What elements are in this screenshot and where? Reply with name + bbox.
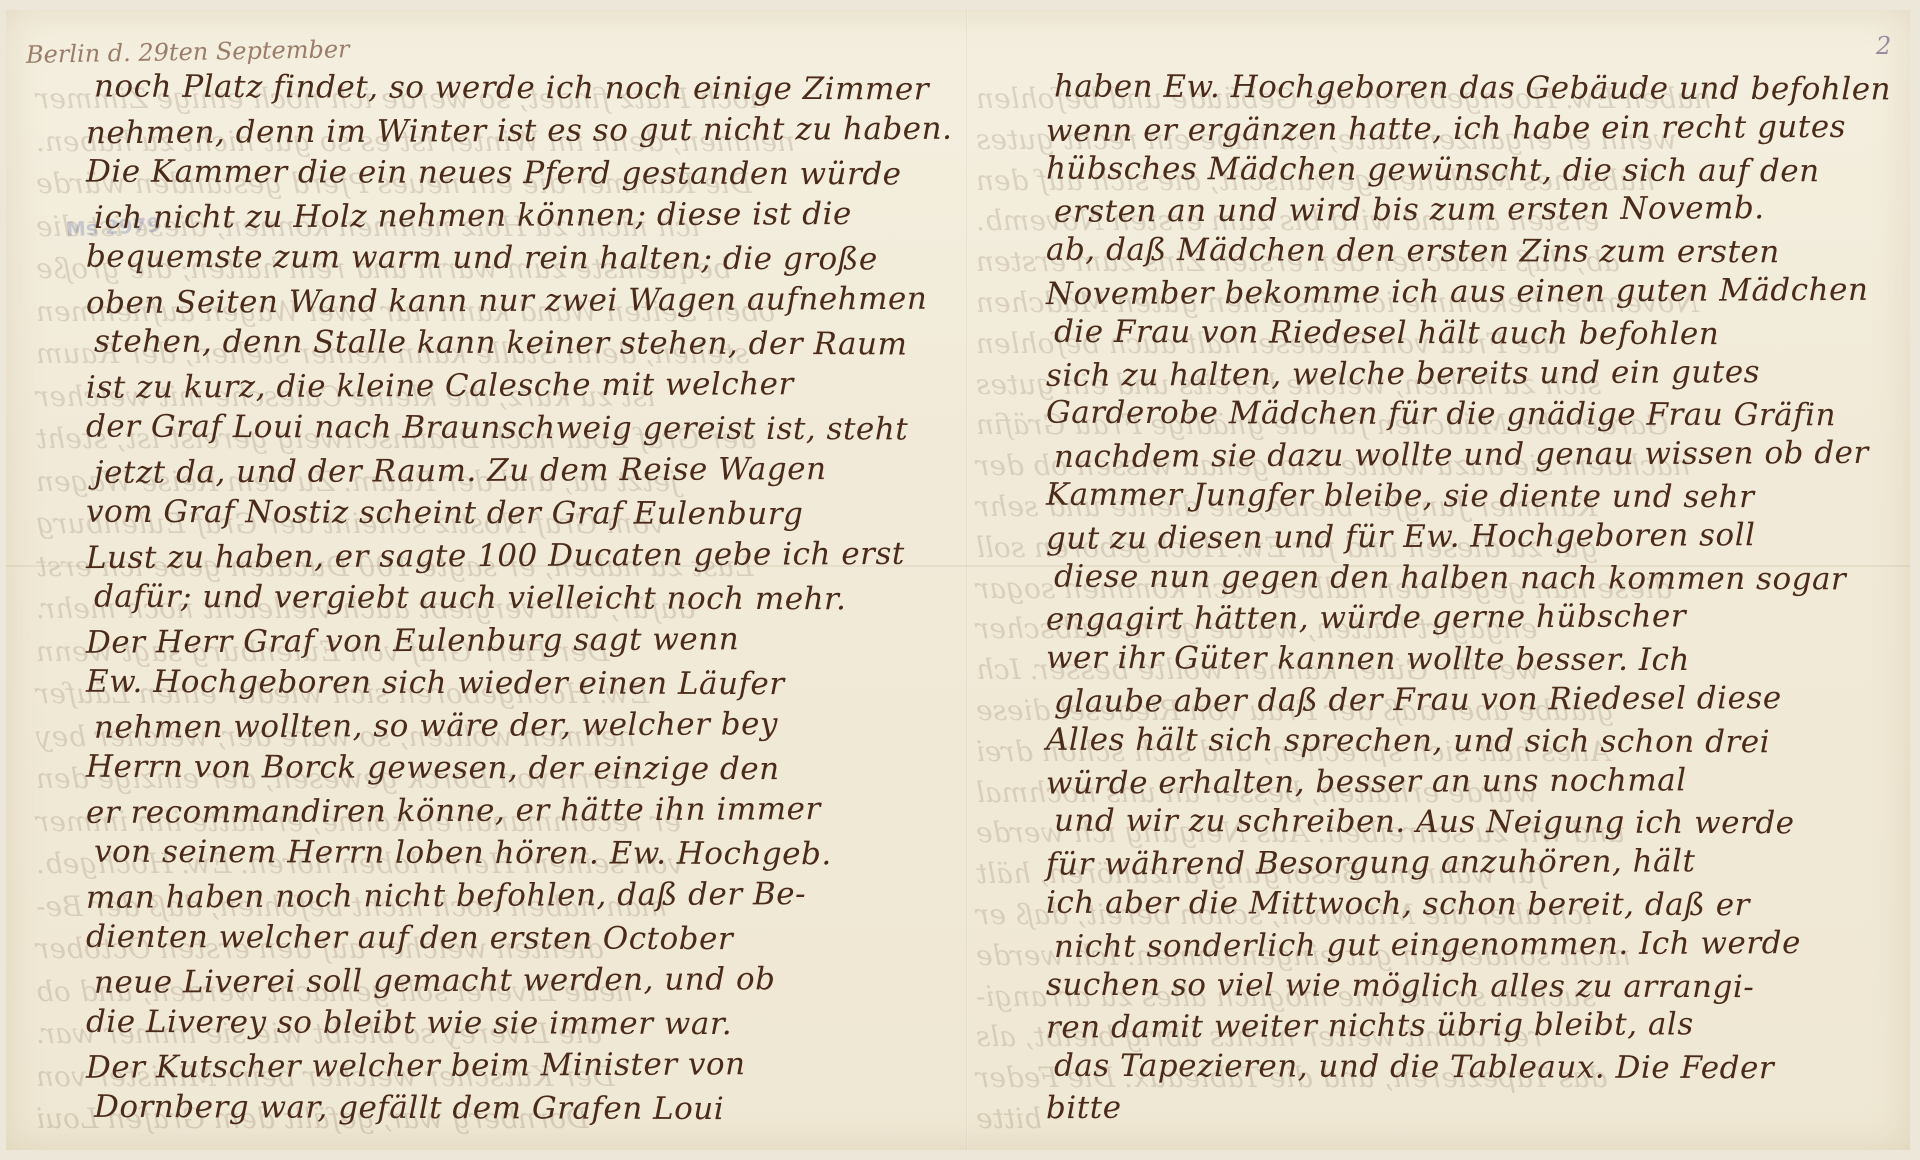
handwritten-line: das Tapezieren, und die Tableaux. Die Fe… <box>1054 1046 1774 1089</box>
handwritten-line: er recommandiren könne, er hätte ihn imm… <box>86 789 821 833</box>
handwritten-line: wenn er ergänzen hatte, ich habe ein rec… <box>1046 107 1846 151</box>
handwritten-line: Kammer Jungfer bleibe, sie diente und se… <box>1046 475 1755 517</box>
handwritten-line: der Graf Loui nach Braunschweig gereist … <box>86 407 908 450</box>
handwritten-line: vom Graf Nostiz scheint der Graf Eulenbu… <box>86 492 804 535</box>
vertical-fold-line <box>966 10 968 1150</box>
handwritten-line: die Liverey so bleibt wie sie immer war. <box>86 1002 732 1044</box>
handwritten-line: stehen, denn Stalle kann keiner stehen, … <box>94 322 908 365</box>
handwritten-line: Alles hält sich sprechen, und sich schon… <box>1046 720 1770 763</box>
handwritten-line: Lust zu haben, er sagte 100 Ducaten gebe… <box>86 533 905 577</box>
handwritten-line: ab, daß Mädchen den ersten Zins zum erst… <box>1046 230 1780 273</box>
handwritten-line: Garderobe Mädchen für die gnädige Frau G… <box>1046 393 1836 436</box>
handwritten-line: suchen so viel wie möglich alles zu arra… <box>1046 964 1754 1006</box>
handwritten-line: glaube aber daß der Frau von Riedesel di… <box>1054 678 1782 722</box>
handwritten-line: haben Ew. Hochgeboren das Gebäude und be… <box>1054 67 1891 110</box>
handwritten-line: Ew. Hochgeboren sich wieder einen Läufer <box>86 662 785 704</box>
handwritten-line: bitte <box>1046 1088 1122 1128</box>
handwritten-line: jetzt da, und der Raum. Zu dem Reise Wag… <box>94 449 827 493</box>
letter-page: Berlin d. 29ten September 2 Ms 2979 noch… <box>6 10 1910 1150</box>
handwritten-line: gut zu diesen und für Ew. Hochgeboren so… <box>1046 515 1756 559</box>
handwritten-line: Herrn von Borck gewesen, der einzige den <box>86 747 780 789</box>
handwritten-line: ich aber die Mittwoch, schon bereit, daß… <box>1046 883 1750 925</box>
handwritten-line: für während Besorgung anzuhören, hält <box>1046 841 1696 884</box>
handwritten-line: nehmen, denn im Winter ist es so gut nic… <box>86 108 953 153</box>
letter-dateline: Berlin d. 29ten September <box>26 35 350 69</box>
handwritten-line: bequemste zum warm und rein halten; die … <box>86 237 878 280</box>
handwritten-line: nachdem sie dazu wollte und genau wissen… <box>1054 433 1869 477</box>
handwritten-line: November bekomme ich aus einen guten Mäd… <box>1046 270 1869 314</box>
handwritten-line: ren damit weiter nichts übrig bleibt, al… <box>1046 1005 1694 1048</box>
handwritten-line: Der Kutscher welcher beim Minister von <box>86 1044 746 1087</box>
handwritten-line: Der Herr Graf von Eulenburg sagt wenn <box>86 619 739 662</box>
handwritten-line: sich zu halten, welche bereits und ein g… <box>1046 352 1760 396</box>
handwritten-line: noch Platz findet, so werde ich noch ein… <box>94 67 929 110</box>
handwritten-line: würde erhalten, besser an uns nochmal <box>1046 760 1687 803</box>
handwritten-line: oben Seiten Wand kann nur zwei Wagen auf… <box>86 278 928 322</box>
handwritten-line: Die Kammer die ein neues Pferd gestanden… <box>86 152 902 195</box>
handwritten-line: ersten an und wird bis zum ersten Novemb… <box>1054 189 1765 233</box>
page-number: 2 <box>1876 32 1891 60</box>
handwritten-line: diese nun gegen den halben nach kommen s… <box>1054 556 1846 599</box>
handwritten-line: ist zu kurz, die kleine Calesche mit wel… <box>86 364 794 408</box>
handwritten-line: engagirt hätten, würde gerne hübscher <box>1046 597 1686 640</box>
handwritten-line: Dornberg war, gefällt dem Grafen Loui <box>94 1087 724 1129</box>
handwritten-line: man haben noch nicht befohlen, daß der B… <box>86 874 806 918</box>
handwritten-line: ich nicht zu Holz nehmen können; diese i… <box>94 194 852 238</box>
handwritten-line: nehmen wollten, so wäre der, welcher bey <box>94 704 778 748</box>
handwritten-line: neue Liverei soll gemacht werden, und ob <box>94 959 776 1003</box>
handwritten-line: die Frau von Riedesel hält auch befohlen <box>1054 312 1719 354</box>
handwritten-line: von seinem Herrn loben hören. Ew. Hochge… <box>94 832 832 875</box>
handwritten-line: nicht sonderlich gut eingenommen. Ich we… <box>1054 923 1801 967</box>
handwritten-line: dienten welcher auf den ersten October <box>86 917 733 959</box>
show-through-ink: bitte <box>976 1102 1042 1135</box>
handwritten-line: dafür; und vergiebt auch vielleicht noch… <box>94 577 847 620</box>
handwritten-line: wer ihr Güter kannen wollte besser. Ich <box>1046 638 1690 680</box>
handwritten-line: und wir zu schreiben. Aus Neigung ich we… <box>1054 801 1795 844</box>
handwritten-line: hübsches Mädchen gewünscht, die sich auf… <box>1046 148 1820 191</box>
